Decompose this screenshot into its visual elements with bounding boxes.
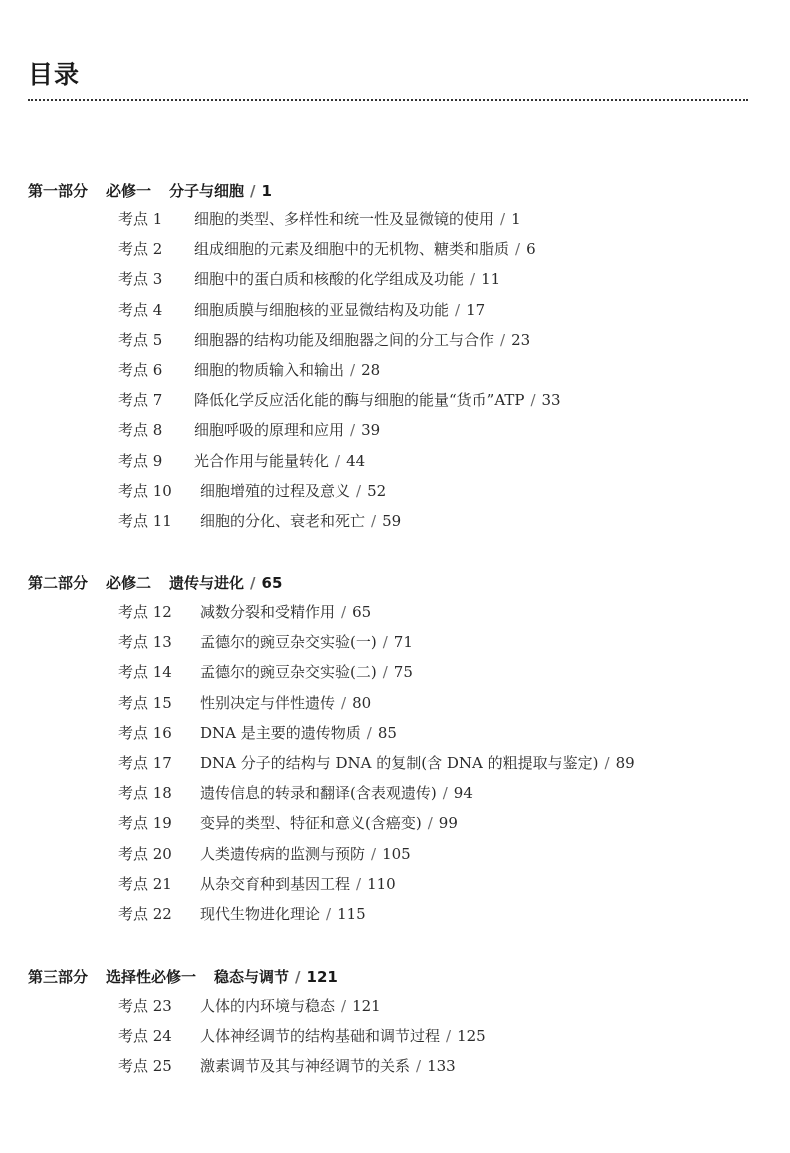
- entry-page: 121: [352, 997, 381, 1015]
- entry-title-text: 光合作用与能量转化: [194, 452, 329, 470]
- separator: /: [250, 574, 255, 592]
- entry-title-text: 细胞质膜与细胞核的亚显微结构及功能: [194, 301, 449, 319]
- entry-title-text: 激素调节及其与神经调节的关系: [200, 1057, 410, 1075]
- entry-title-text: 遗传信息的转录和翻译(含表观遗传): [200, 784, 437, 802]
- entry-number: 考点 5: [118, 329, 162, 350]
- entry-title: 细胞的类型、多样性和统一性及显微镜的使用/1: [194, 208, 521, 229]
- entry-page: 105: [382, 845, 411, 863]
- separator: /: [356, 875, 361, 893]
- entry-page: 28: [361, 361, 380, 379]
- dotted-divider: [28, 99, 748, 101]
- toc-entry[interactable]: 考点 14孟德尔的豌豆杂交实验(二)/75: [118, 661, 172, 685]
- toc-entry[interactable]: 考点 8细胞呼吸的原理和应用/39: [118, 419, 162, 443]
- entry-page: 23: [511, 331, 530, 349]
- entry-number: 考点 11: [118, 510, 172, 531]
- separator: /: [371, 845, 376, 863]
- part-label: 第一部分: [28, 180, 88, 201]
- entry-title-text: 细胞呼吸的原理和应用: [194, 421, 344, 439]
- part-page: 65: [262, 574, 283, 592]
- separator: /: [455, 301, 460, 319]
- entry-title: 光合作用与能量转化/44: [194, 450, 365, 471]
- entry-title-text: 人类遗传病的监测与预防: [200, 845, 365, 863]
- entry-page: 71: [394, 633, 413, 651]
- entry-number: 考点 22: [118, 903, 172, 924]
- separator: /: [250, 182, 255, 200]
- entry-title-text: 减数分裂和受精作用: [200, 603, 335, 621]
- separator: /: [500, 210, 505, 228]
- toc-entry[interactable]: 考点 6细胞的物质输入和输出/28: [118, 359, 162, 383]
- separator: /: [446, 1027, 451, 1045]
- entry-title: DNA 是主要的遗传物质/85: [200, 722, 397, 743]
- entry-title-text: 从杂交育种到基因工程: [200, 875, 350, 893]
- entry-number: 考点 14: [118, 661, 172, 682]
- toc-entry[interactable]: 考点 21从杂交育种到基因工程/110: [118, 873, 172, 897]
- part-course: 必修二: [106, 572, 151, 593]
- separator: /: [383, 663, 388, 681]
- entry-number: 考点 23: [118, 995, 172, 1016]
- separator: /: [371, 512, 376, 530]
- entry-title-text: 变异的类型、特征和意义(含癌变): [200, 814, 422, 832]
- toc-entry[interactable]: 考点 15性别决定与伴性遗传/80: [118, 692, 172, 716]
- toc-entry[interactable]: 考点 2组成细胞的元素及细胞中的无机物、糖类和脂质/6: [118, 238, 162, 262]
- separator: /: [443, 784, 448, 802]
- entry-title-text: 性别决定与伴性遗传: [200, 694, 335, 712]
- entry-title: 孟德尔的豌豆杂交实验(二)/75: [200, 661, 413, 682]
- toc-entry[interactable]: 考点 18遗传信息的转录和翻译(含表观遗传)/94: [118, 782, 172, 806]
- entry-title: 人类遗传病的监测与预防/105: [200, 843, 411, 864]
- toc-entry[interactable]: 考点 4细胞质膜与细胞核的亚显微结构及功能/17: [118, 299, 162, 323]
- entry-number: 考点 25: [118, 1055, 172, 1076]
- entry-page: 125: [457, 1027, 486, 1045]
- part-topic: 分子与细胞: [169, 180, 244, 201]
- entry-page: 65: [352, 603, 371, 621]
- part-course: 选择性必修一: [106, 966, 196, 987]
- separator: /: [500, 331, 505, 349]
- entry-page: 52: [367, 482, 386, 500]
- part-course: 必修一: [106, 180, 151, 201]
- toc-entry[interactable]: 考点 17DNA 分子的结构与 DNA 的复制(含 DNA 的粗提取与鉴定)/8…: [118, 752, 172, 776]
- entry-page: 33: [542, 391, 561, 409]
- entry-title: 人体的内环境与稳态/121: [200, 995, 381, 1016]
- entry-number: 考点 12: [118, 601, 172, 622]
- entry-title: 人体神经调节的结构基础和调节过程/125: [200, 1025, 486, 1046]
- separator: /: [350, 361, 355, 379]
- entry-number: 考点 4: [118, 299, 162, 320]
- entry-number: 考点 2: [118, 238, 162, 259]
- part-label: 第二部分: [28, 572, 88, 593]
- entry-title-text: 细胞增殖的过程及意义: [200, 482, 350, 500]
- entry-title: 性别决定与伴性遗传/80: [200, 692, 371, 713]
- entry-title: 细胞质膜与细胞核的亚显微结构及功能/17: [194, 299, 485, 320]
- entry-page: 99: [439, 814, 458, 832]
- separator: /: [605, 754, 610, 772]
- entry-title-text: 细胞的分化、衰老和死亡: [200, 512, 365, 530]
- entry-number: 考点 21: [118, 873, 172, 894]
- page-title: 目录: [28, 55, 80, 91]
- separator: /: [295, 968, 300, 986]
- entry-title: 细胞的物质输入和输出/28: [194, 359, 380, 380]
- entry-title: 细胞增殖的过程及意义/52: [200, 480, 386, 501]
- entry-title-text: 细胞器的结构功能及细胞器之间的分工与合作: [194, 331, 494, 349]
- separator: /: [350, 421, 355, 439]
- separator: /: [341, 997, 346, 1015]
- separator: /: [383, 633, 388, 651]
- toc-entry[interactable]: 考点 10细胞增殖的过程及意义/52: [118, 480, 172, 504]
- entry-title: 现代生物进化理论/115: [200, 903, 366, 924]
- toc-entry[interactable]: 考点 16DNA 是主要的遗传物质/85: [118, 722, 172, 746]
- entry-page: 75: [394, 663, 413, 681]
- entry-title-text: 细胞的类型、多样性和统一性及显微镜的使用: [194, 210, 494, 228]
- entry-page: 133: [427, 1057, 456, 1075]
- part-topic: 稳态与调节: [214, 966, 289, 987]
- entry-title: 细胞呼吸的原理和应用/39: [194, 419, 380, 440]
- entry-title: 激素调节及其与神经调节的关系/133: [200, 1055, 456, 1076]
- toc-entry[interactable]: 考点 3细胞中的蛋白质和核酸的化学组成及功能/11: [118, 268, 162, 292]
- entry-number: 考点 24: [118, 1025, 172, 1046]
- entry-number: 考点 16: [118, 722, 172, 743]
- toc-entry[interactable]: 考点 22现代生物进化理论/115: [118, 903, 172, 927]
- entry-number: 考点 10: [118, 480, 172, 501]
- separator: /: [470, 270, 475, 288]
- entry-page: 80: [352, 694, 371, 712]
- separator: /: [416, 1057, 421, 1075]
- part-page: 121: [307, 968, 338, 986]
- entry-page: 115: [337, 905, 366, 923]
- entry-title-text: 细胞的物质输入和输出: [194, 361, 344, 379]
- toc-entry[interactable]: 考点 23人体的内环境与稳态/121: [118, 995, 172, 1019]
- entry-page: 39: [361, 421, 380, 439]
- entry-page: 17: [466, 301, 485, 319]
- entry-page: 6: [526, 240, 536, 258]
- separator: /: [335, 452, 340, 470]
- entry-title: 细胞中的蛋白质和核酸的化学组成及功能/11: [194, 268, 500, 289]
- entry-title: DNA 分子的结构与 DNA 的复制(含 DNA 的粗提取与鉴定)/89: [200, 752, 635, 773]
- entry-number: 考点 18: [118, 782, 172, 803]
- toc-entry[interactable]: 考点 24人体神经调节的结构基础和调节过程/125: [118, 1025, 172, 1049]
- entry-title: 变异的类型、特征和意义(含癌变)/99: [200, 812, 458, 833]
- entry-page: 110: [367, 875, 396, 893]
- entry-title: 降低化学反应活化能的酶与细胞的能量“货币”ATP/33: [194, 389, 561, 410]
- toc-entry[interactable]: 考点 25激素调节及其与神经调节的关系/133: [118, 1055, 172, 1079]
- entry-title-text: 细胞中的蛋白质和核酸的化学组成及功能: [194, 270, 464, 288]
- entry-page: 94: [454, 784, 473, 802]
- entry-number: 考点 8: [118, 419, 162, 440]
- entry-page: 44: [346, 452, 365, 470]
- separator: /: [428, 814, 433, 832]
- part-page: 1: [262, 182, 272, 200]
- entry-title: 遗传信息的转录和翻译(含表观遗传)/94: [200, 782, 473, 803]
- separator: /: [367, 724, 372, 742]
- entry-number: 考点 7: [118, 389, 162, 410]
- toc-entry[interactable]: 考点 1细胞的类型、多样性和统一性及显微镜的使用/1: [118, 208, 162, 232]
- entry-number: 考点 6: [118, 359, 162, 380]
- entry-title-text: 现代生物进化理论: [200, 905, 320, 923]
- entry-number: 考点 19: [118, 812, 172, 833]
- toc-entry[interactable]: 考点 5细胞器的结构功能及细胞器之间的分工与合作/23: [118, 329, 162, 353]
- toc-entry[interactable]: 考点 19变异的类型、特征和意义(含癌变)/99: [118, 812, 172, 836]
- part-heading[interactable]: 第二部分必修二遗传与进化/65: [28, 572, 282, 594]
- toc-entry[interactable]: 考点 20人类遗传病的监测与预防/105: [118, 843, 172, 867]
- entry-title-text: DNA 是主要的遗传物质: [200, 724, 361, 742]
- part-label: 第三部分: [28, 966, 88, 987]
- entry-title-text: 孟德尔的豌豆杂交实验(一): [200, 633, 377, 651]
- entry-page: 85: [378, 724, 397, 742]
- toc-entry[interactable]: 考点 13孟德尔的豌豆杂交实验(一)/71: [118, 631, 172, 655]
- entry-title-text: 人体神经调节的结构基础和调节过程: [200, 1027, 440, 1045]
- entry-number: 考点 17: [118, 752, 172, 773]
- entry-number: 考点 15: [118, 692, 172, 713]
- entry-title: 细胞器的结构功能及细胞器之间的分工与合作/23: [194, 329, 530, 350]
- toc-entry[interactable]: 考点 11细胞的分化、衰老和死亡/59: [118, 510, 172, 534]
- entry-number: 考点 3: [118, 268, 162, 289]
- entry-title: 从杂交育种到基因工程/110: [200, 873, 396, 894]
- entry-title: 细胞的分化、衰老和死亡/59: [200, 510, 401, 531]
- separator: /: [341, 603, 346, 621]
- entry-number: 考点 20: [118, 843, 172, 864]
- separator: /: [530, 391, 535, 409]
- entry-number: 考点 13: [118, 631, 172, 652]
- separator: /: [326, 905, 331, 923]
- entry-title-text: 降低化学反应活化能的酶与细胞的能量“货币”ATP: [194, 391, 524, 409]
- part-topic: 遗传与进化: [169, 572, 244, 593]
- entry-page: 11: [481, 270, 500, 288]
- toc-entry[interactable]: 考点 12减数分裂和受精作用/65: [118, 601, 172, 625]
- entry-page: 59: [382, 512, 401, 530]
- toc-entry[interactable]: 考点 7降低化学反应活化能的酶与细胞的能量“货币”ATP/33: [118, 389, 162, 413]
- toc-entry[interactable]: 考点 9光合作用与能量转化/44: [118, 450, 162, 474]
- entry-title: 孟德尔的豌豆杂交实验(一)/71: [200, 631, 413, 652]
- entry-title-text: 孟德尔的豌豆杂交实验(二): [200, 663, 377, 681]
- separator: /: [356, 482, 361, 500]
- separator: /: [515, 240, 520, 258]
- entry-title: 减数分裂和受精作用/65: [200, 601, 371, 622]
- part-heading[interactable]: 第一部分必修一分子与细胞/1: [28, 180, 272, 202]
- entry-title-text: 组成细胞的元素及细胞中的无机物、糖类和脂质: [194, 240, 509, 258]
- part-heading[interactable]: 第三部分选择性必修一稳态与调节/121: [28, 966, 338, 988]
- entry-title-text: 人体的内环境与稳态: [200, 997, 335, 1015]
- entry-number: 考点 1: [118, 208, 162, 229]
- entry-page: 1: [511, 210, 521, 228]
- entry-page: 89: [616, 754, 635, 772]
- separator: /: [341, 694, 346, 712]
- entry-title-text: DNA 分子的结构与 DNA 的复制(含 DNA 的粗提取与鉴定): [200, 754, 599, 772]
- entry-title: 组成细胞的元素及细胞中的无机物、糖类和脂质/6: [194, 238, 536, 259]
- entry-number: 考点 9: [118, 450, 162, 471]
